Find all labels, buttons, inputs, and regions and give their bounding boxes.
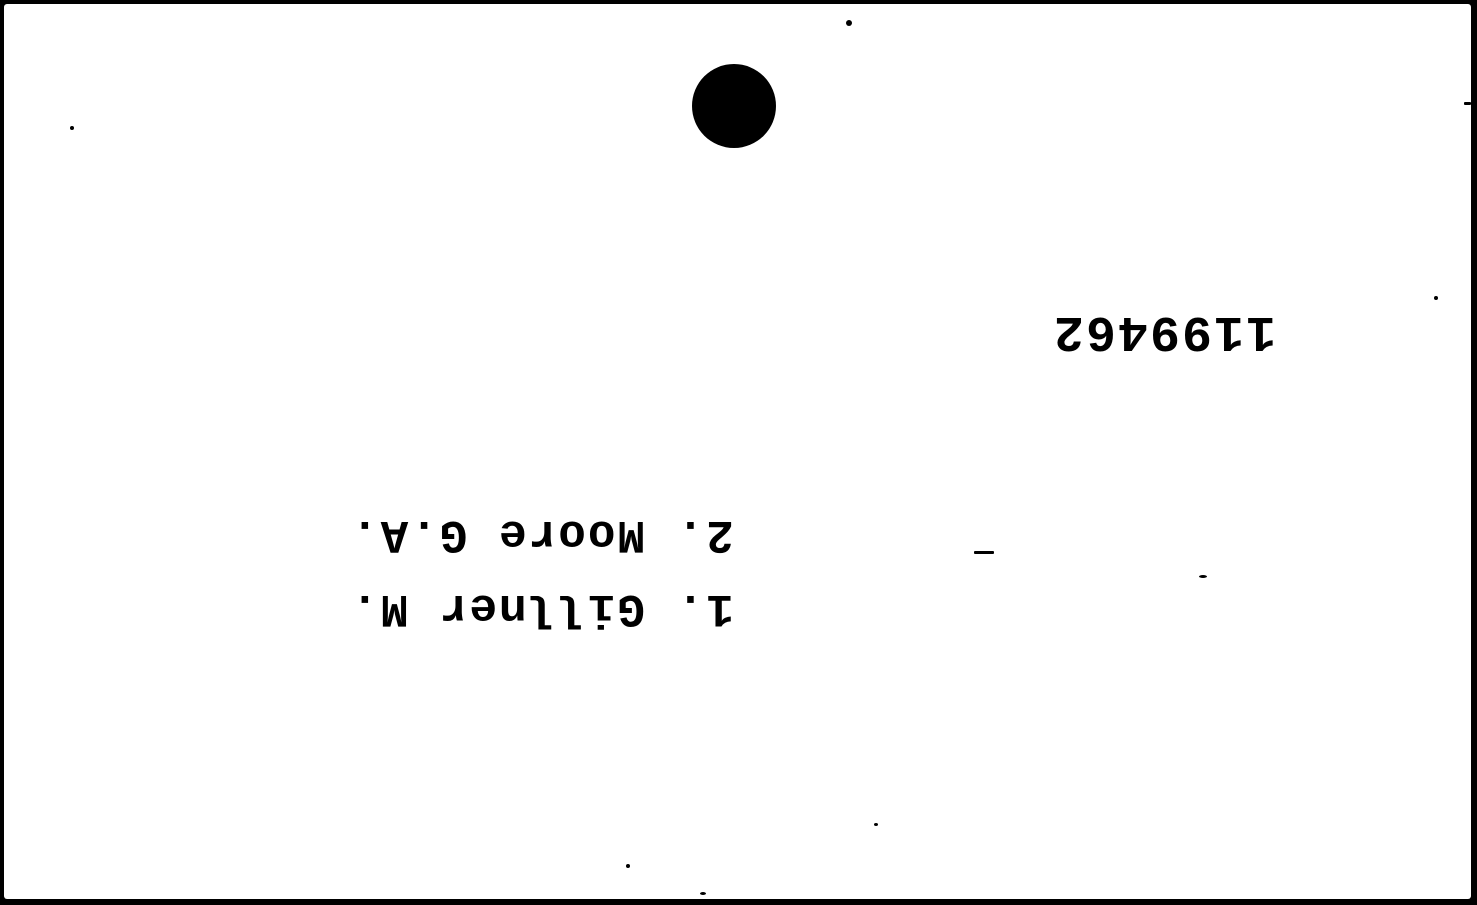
- scan-speck: [700, 892, 706, 895]
- scan-speck: [1464, 102, 1471, 105]
- name-entry-2: 2. Moore G.A.: [349, 506, 734, 562]
- scan-speck: [1434, 296, 1438, 300]
- index-card: 1199462 2. Moore G.A. 1. Gillner M.: [4, 4, 1471, 899]
- scan-speck: [626, 864, 630, 868]
- scan-speck: [874, 823, 878, 826]
- record-number: 1199462: [1052, 300, 1276, 360]
- scan-speck: [1199, 575, 1207, 578]
- scan-speck: [70, 126, 74, 130]
- punch-hole: [692, 64, 776, 148]
- name-entry-1: 1. Gillner M.: [349, 580, 734, 636]
- scan-speck: [974, 551, 994, 554]
- scan-speck: [846, 20, 852, 26]
